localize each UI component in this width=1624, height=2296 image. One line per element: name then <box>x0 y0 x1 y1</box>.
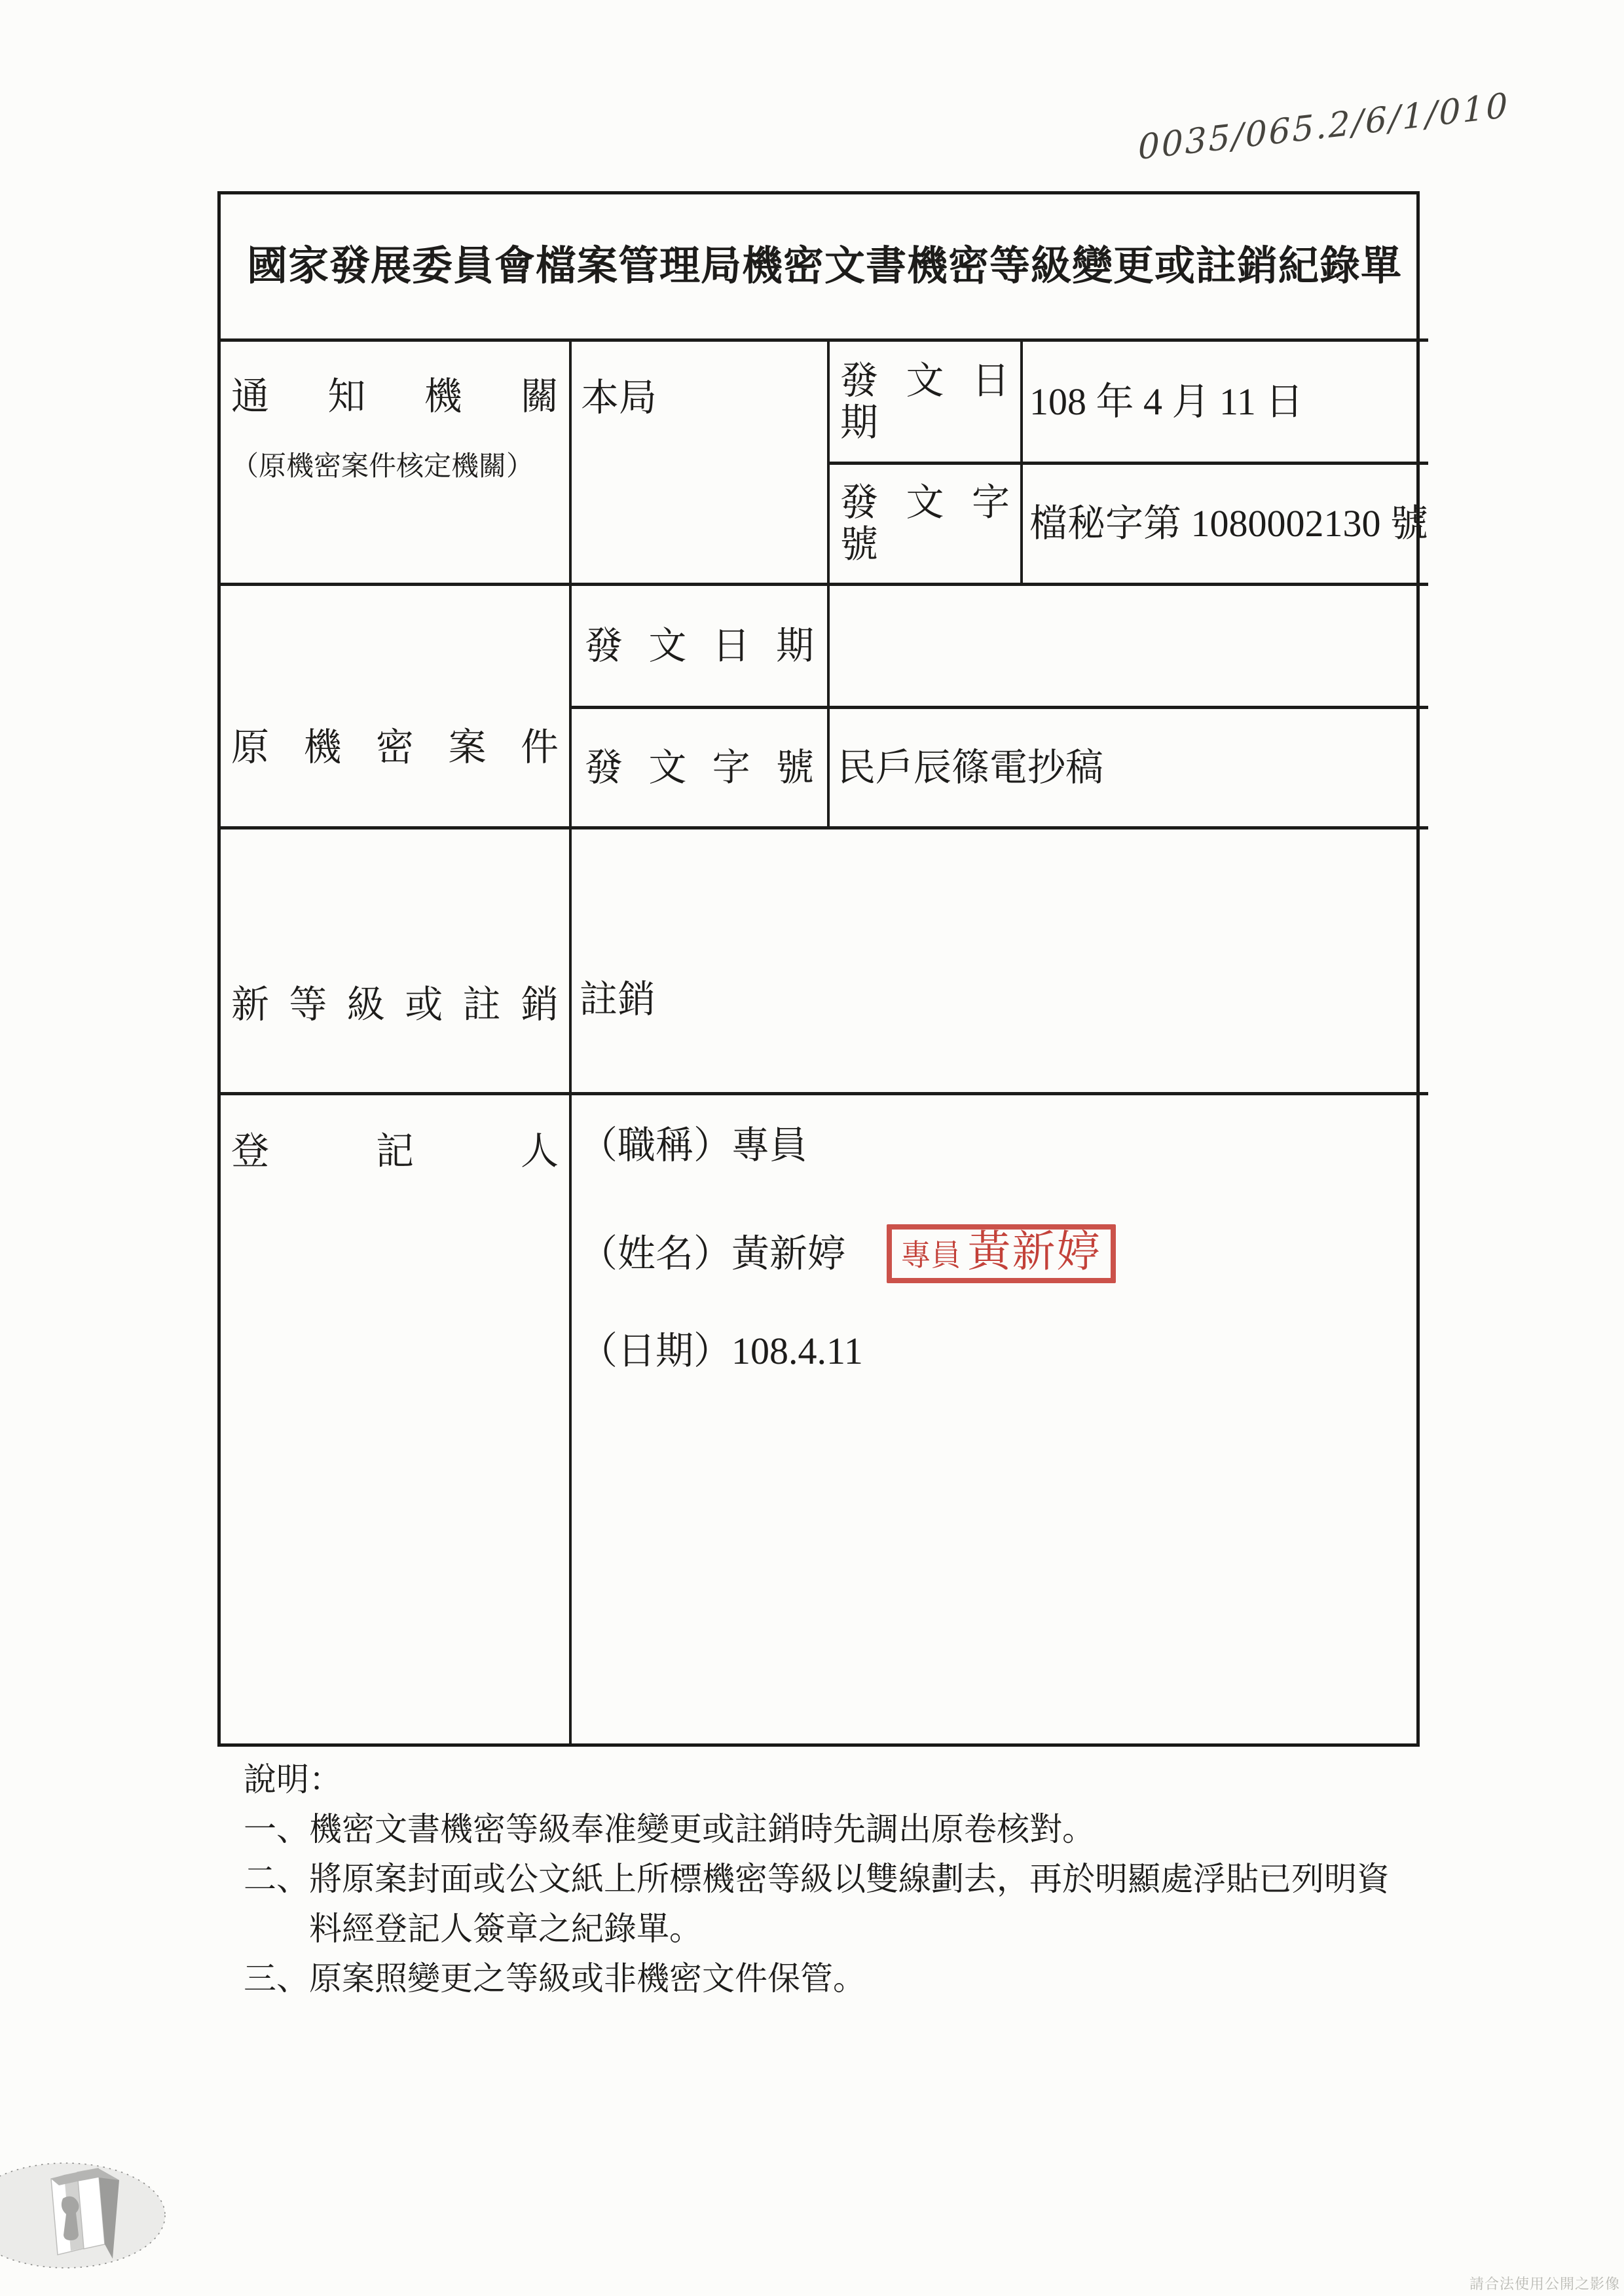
sent-number-label: 發 文 字 號 <box>840 482 1010 566</box>
note-item-3: 三、原案照變更之等級或非機密文件保管。 <box>244 1954 1396 2003</box>
new-level-label: 新 等 級 或 註 銷 <box>231 984 559 1026</box>
original-sent-number-label: 發 文 字 號 <box>585 747 814 789</box>
record-form-table: 國家發展委員會檔案管理局機密文書機密等級變更或註銷紀錄單 通 知 機 關 （原機… <box>217 191 1420 1747</box>
form-title: 國家發展委員會檔案管理局機密文書機密等級變更或註銷紀錄單 <box>221 194 1428 342</box>
stamp-title-text: 專員 <box>901 1239 961 1273</box>
notify-agency-label: 通 知 機 關 <box>231 376 559 418</box>
sent-number-label-cell: 發 文 字 號 <box>830 465 1023 586</box>
original-sent-date-label: 發 文 日 期 <box>585 625 814 667</box>
sent-date-label-cell: 發 文 日 期 <box>830 342 1023 465</box>
archives-books-logo-icon <box>0 2155 177 2273</box>
original-sent-number-label-cell: 發 文 字 號 <box>572 709 830 829</box>
original-sent-date-value <box>830 586 1428 709</box>
original-sent-number-value: 民戶辰篠電抄稿 <box>830 709 1428 829</box>
note-item-2: 二、將原案封面或公文紙上所標機密等級以雙線劃去，再於明顯處浮貼已列明資料經登記人… <box>244 1854 1396 1954</box>
sent-date-label: 發 文 日 期 <box>840 360 1010 444</box>
registrant-name-stamp: 專員 黃新婷 <box>887 1224 1116 1283</box>
new-level-label-cell: 新 等 級 或 註 銷 <box>221 829 572 1095</box>
registrant-title-line: （職稱）專員 <box>580 1125 1428 1166</box>
notify-agency-value: 本局 <box>572 342 830 586</box>
registrant-date-line: （日期）108.4.11 <box>580 1331 1428 1372</box>
registrant-label-cell: 登 記 人 <box>221 1095 572 1743</box>
usage-note-text: 請合法使用公開之影像 <box>1469 2273 1620 2293</box>
new-level-value: 註銷 <box>572 829 1428 1095</box>
notes-heading: 說明： <box>244 1755 1396 1804</box>
original-case-label: 原 機 密 案 件 <box>231 727 559 769</box>
registrant-label: 登 記 人 <box>231 1131 559 1173</box>
handwritten-archive-number: 0035/065.2/6/1/010 <box>1138 90 1477 168</box>
sent-number-value: 檔秘字第 1080002130 號 <box>1023 465 1428 586</box>
registrant-value-cell: （職稱）專員 （姓名）黃新婷 專員 黃新婷 （日期）108.4.11 <box>572 1095 1428 1743</box>
note-item-1: 一、機密文書機密等級奉准變更或註銷時先調出原卷核對。 <box>244 1804 1396 1854</box>
original-case-label-cell: 原 機 密 案 件 <box>221 586 572 829</box>
notify-agency-sublabel: （原機密案件核定機關） <box>231 452 559 482</box>
scanned-form-page: 0035/065.2/6/1/010 國家發展委員會檔案管理局機密文書機密等級變… <box>0 0 1624 2296</box>
original-sent-date-label-cell: 發 文 日 期 <box>572 586 830 709</box>
stamp-name-text: 黃新婷 <box>968 1232 1101 1273</box>
sent-date-value: 108 年 4 月 11 日 <box>1023 342 1428 465</box>
registrant-name-text: （姓名）黃新婷 <box>580 1232 845 1275</box>
notify-agency-label-cell: 通 知 機 關 （原機密案件核定機關） <box>221 342 572 586</box>
registrant-name-line: （姓名）黃新婷 專員 黃新婷 <box>580 1228 1428 1269</box>
notes-section: 說明： 一、機密文書機密等級奉准變更或註銷時先調出原卷核對。 二、將原案封面或公… <box>244 1755 1396 2003</box>
